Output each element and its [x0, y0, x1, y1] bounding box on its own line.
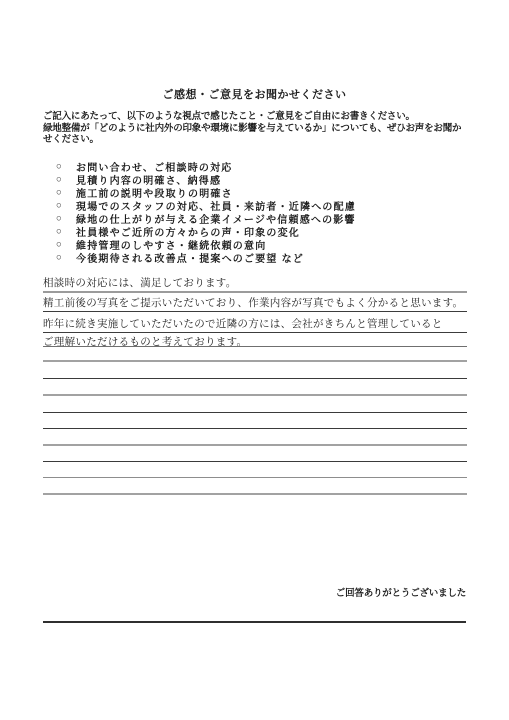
circle-bullet-icon: ○	[56, 161, 76, 172]
page-title: ご感想・ご意見をお聞かせください	[0, 86, 509, 102]
intro-line: ご記入にあたって、以下のような視点で感じたこと・ご意見をご自由にお書きください。	[43, 111, 471, 123]
circle-bullet-icon: ○	[56, 213, 76, 224]
topic-list-item: ○ 今後期待される改善点・提案へのご要望 など	[56, 251, 466, 264]
intro-paragraph: ご記入にあたって、以下のような視点で感じたこと・ご意見をご自由にお書きください。…	[43, 111, 471, 146]
circle-bullet-icon: ○	[56, 252, 76, 263]
ruled-line-overlap	[43, 346, 467, 347]
response-text: 昨年に続き実施していただいたので近隣の方には、会社がきちんと管理していると	[43, 316, 443, 332]
feedback-topics-list: ○ お問い合わせ、ご相談時の対応 ○ 見積り内容の明確さ、納得感 ○ 施工前の説…	[56, 160, 466, 264]
ruled-blank-line	[43, 413, 467, 429]
topic-label: 今後期待される改善点・提案へのご要望 など	[76, 250, 304, 265]
circle-bullet-icon: ○	[56, 200, 76, 211]
response-text: 相談時の対応には、満足しております。	[43, 275, 237, 291]
response-line: 昨年に続き実施していただいたので近隣の方には、会社がきちんと管理していると	[43, 312, 467, 333]
response-line: 相談時の対応には、満足しております。	[43, 274, 467, 293]
response-line: ご理解いただけるものと考えております。	[43, 333, 467, 347]
footer-divider	[43, 621, 466, 623]
circle-bullet-icon: ○	[56, 187, 76, 198]
ruled-blank-line	[43, 429, 467, 446]
response-line: 精工前後の写真をご提示いただいており、作業内容が写真でもよく分かると思います。	[43, 293, 467, 312]
intro-line: 緑地整備が「どのように社内外の印象や環境に影響を与えているか」についても、ぜひお…	[43, 123, 471, 135]
ruled-blank-line	[43, 462, 467, 478]
response-text: ご理解いただけるものと考えております。	[43, 334, 247, 350]
response-area: 相談時の対応には、満足しております。 精工前後の写真をご提示いただいており、作業…	[43, 274, 467, 495]
circle-bullet-icon: ○	[56, 239, 76, 250]
circle-bullet-icon: ○	[56, 226, 76, 237]
circle-bullet-icon: ○	[56, 174, 76, 185]
ruled-blank-line	[43, 396, 467, 413]
feedback-form-page: ご感想・ご意見をお聞かせください ご記入にあたって、以下のような視点で感じたこと…	[0, 0, 509, 720]
ruled-blank-line	[43, 379, 467, 396]
closing-message: ご回答ありがとうございました	[336, 585, 466, 599]
ruled-blank-line	[43, 478, 467, 495]
response-text: 精工前後の写真をご提示いただいており、作業内容が写真でもよく分かると思います。	[43, 295, 463, 311]
ruled-blank-line	[43, 362, 467, 379]
intro-line: せください。	[43, 134, 471, 146]
ruled-blank-line	[43, 446, 467, 462]
